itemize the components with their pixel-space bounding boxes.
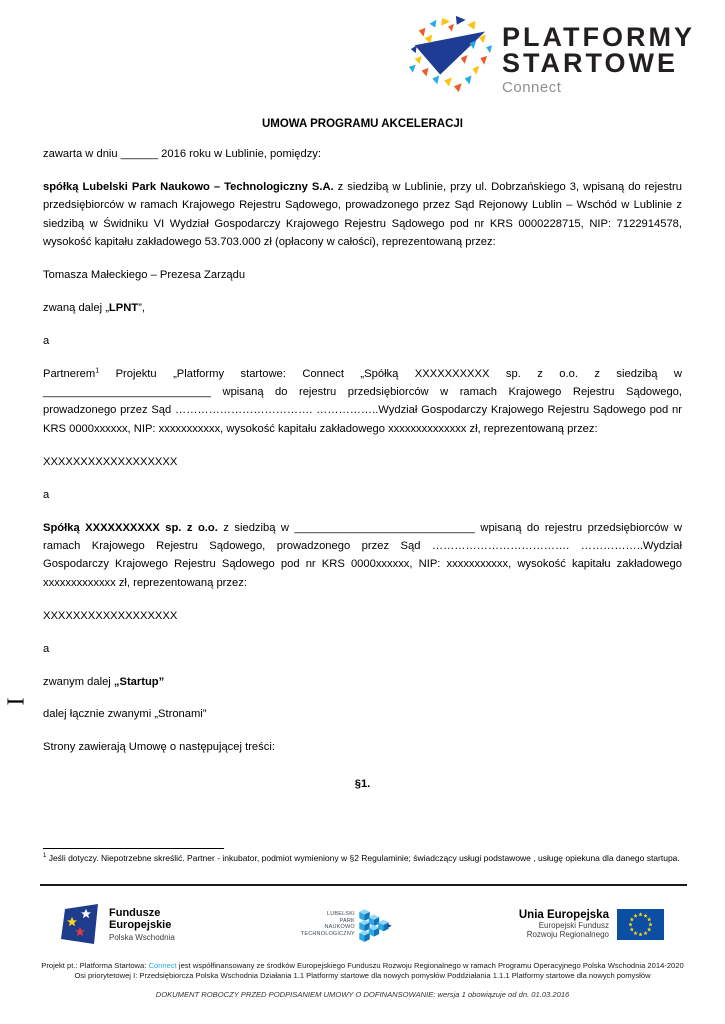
connector-a-3: a xyxy=(43,640,682,658)
logo-line-1: PLATFORMY xyxy=(502,24,695,50)
fe-subtitle: Polska Wschodnia xyxy=(109,933,175,942)
text-segment: Tomasza Małeckiego – Prezesa Zarządu xyxy=(43,269,245,281)
logo-line-2: STARTOWE xyxy=(502,50,695,76)
lpnt-logo: LUBELSKI PARK NAUKOWO TECHNOLOGICZNY xyxy=(301,903,393,945)
text-segment: a xyxy=(43,643,49,655)
text-segment: zwanym dalej xyxy=(43,676,114,688)
eu-subtitle-line1: Europejski Fundusz xyxy=(519,921,609,930)
document-page: PLATFORMY STARTOWE Connect UMOWA PROGRAM… xyxy=(0,0,725,1024)
unia-europejska-text: Unia Europejska Europejski Fundusz Rozwo… xyxy=(519,909,609,939)
paragraph-container: zawarta w dniu ______ 2016 roku w Lublin… xyxy=(43,145,682,793)
section-1-heading: §1. xyxy=(43,775,682,793)
text-segment: „Startup” xyxy=(114,676,164,688)
platformy-startowe-triangles-icon xyxy=(404,12,494,100)
party-lpnt: spółką Lubelski Park Naukowo – Technolog… xyxy=(43,178,682,251)
fe-title-line2: Europejskie xyxy=(109,919,175,931)
footer-rule xyxy=(40,884,687,886)
text-segment: spółką Lubelski Park Naukowo – Technolog… xyxy=(43,181,334,193)
fe-title-line1: Fundusze xyxy=(109,907,175,919)
representative-partner: XXXXXXXXXXXXXXXXXX xyxy=(43,453,682,471)
margin-marker: I xyxy=(1,690,28,714)
text-segment: XXXXXXXXXXXXXXXXXX xyxy=(43,456,177,468)
lpnt-line-4: TECHNOLOGICZNY xyxy=(301,931,355,938)
footnote-separator xyxy=(43,848,224,849)
document-title: UMOWA PROGRAMU AKCELERACJI xyxy=(43,118,682,130)
text-segment: Connect xyxy=(148,961,176,970)
text-segment: Projektu „Platformy startowe: Connect „S… xyxy=(43,368,682,435)
eu-flag-icon xyxy=(617,909,664,940)
text-segment: Partnerem xyxy=(43,368,95,380)
footer-project-line-2: Osi priorytetowej I: Przedsiębiorcza Pol… xyxy=(30,971,695,981)
footer-project-line-1: Projekt pt.: Platforma Startowa: Connect… xyxy=(30,961,695,971)
eu-subtitle-line2: Rozwoju Regionalnego xyxy=(519,930,609,939)
connector-a-2: a xyxy=(43,486,682,504)
agreement-intro: Strony zawierają Umowę o następującej tr… xyxy=(43,738,682,756)
alias-startup: zwanym dalej „Startup” xyxy=(43,673,682,691)
fundusze-europejskie-text: Fundusze Europejskie Polska Wschodnia xyxy=(109,907,175,942)
logo-subtitle: Connect xyxy=(502,79,695,96)
footnote-text: 1 Jeśli dotyczy. Niepotrzebne skreślić. … xyxy=(43,853,685,863)
text-segment: ”, xyxy=(138,302,145,314)
text-segment: a xyxy=(43,335,49,347)
platformy-startowe-logo: PLATFORMY STARTOWE Connect xyxy=(404,12,695,104)
representative-lpnt: Tomasza Małeckiego – Prezesa Zarządu xyxy=(43,266,682,284)
unia-europejska-logo: Unia Europejska Europejski Fundusz Rozwo… xyxy=(519,909,664,940)
text-segment: dalej łącznie zwanymi „Stronami” xyxy=(43,708,207,720)
representative-startup: XXXXXXXXXXXXXXXXXX xyxy=(43,607,682,625)
document-header: PLATFORMY STARTOWE Connect xyxy=(0,0,725,104)
text-segment: LPNT xyxy=(109,302,138,314)
platformy-startowe-wordmark: PLATFORMY STARTOWE Connect xyxy=(502,12,695,96)
text-segment: jest współfinansowany ze środków Europej… xyxy=(177,961,684,970)
footnote-block: 1 Jeśli dotyczy. Niepotrzebne skreślić. … xyxy=(43,848,685,863)
footnote-body: Jeśli dotyczy. Niepotrzebne skreślić. Pa… xyxy=(46,853,679,863)
footer-version-line: DOKUMENT ROBOCZY PRZED PODPISANIEM UMOWY… xyxy=(30,990,695,999)
fundusze-europejskie-logo: Fundusze Europejskie Polska Wschodnia xyxy=(61,902,175,946)
text-segment: XXXXXXXXXXXXXXXXXX xyxy=(43,610,177,622)
document-body: UMOWA PROGRAMU AKCELERACJI zawarta w dni… xyxy=(0,118,725,793)
footer-logos-row: Fundusze Europejskie Polska Wschodnia LU… xyxy=(43,893,682,955)
lpnt-cubes-icon xyxy=(357,903,393,945)
text-segment: zawarta w dniu ______ 2016 roku w Lublin… xyxy=(43,148,321,160)
lpnt-text: LUBELSKI PARK NAUKOWO TECHNOLOGICZNY xyxy=(301,911,355,937)
party-startup: Spółką XXXXXXXXXX sp. z o.o. z siedzibą … xyxy=(43,519,682,592)
alias-strony: dalej łącznie zwanymi „Stronami” xyxy=(43,705,682,723)
text-segment: Projekt pt.: Platforma Startowa: xyxy=(41,961,148,970)
footer-text-block: Projekt pt.: Platforma Startowa: Connect… xyxy=(30,961,695,999)
intro-date-line: zawarta w dniu ______ 2016 roku w Lublin… xyxy=(43,145,682,163)
fundusze-europejskie-flag-icon xyxy=(61,902,101,946)
text-segment: zwaną dalej „ xyxy=(43,302,109,314)
text-segment: §1. xyxy=(355,778,371,790)
text-segment: Spółką XXXXXXXXXX sp. z o.o. xyxy=(43,522,218,534)
party-partner: Partnerem1 Projektu „Platformy startowe:… xyxy=(43,365,682,438)
text-segment: a xyxy=(43,489,49,501)
connector-a-1: a xyxy=(43,332,682,350)
text-segment: Strony zawierają Umowę o następującej tr… xyxy=(43,741,275,753)
alias-lpnt: zwaną dalej „LPNT”, xyxy=(43,299,682,317)
eu-title: Unia Europejska xyxy=(519,909,609,921)
